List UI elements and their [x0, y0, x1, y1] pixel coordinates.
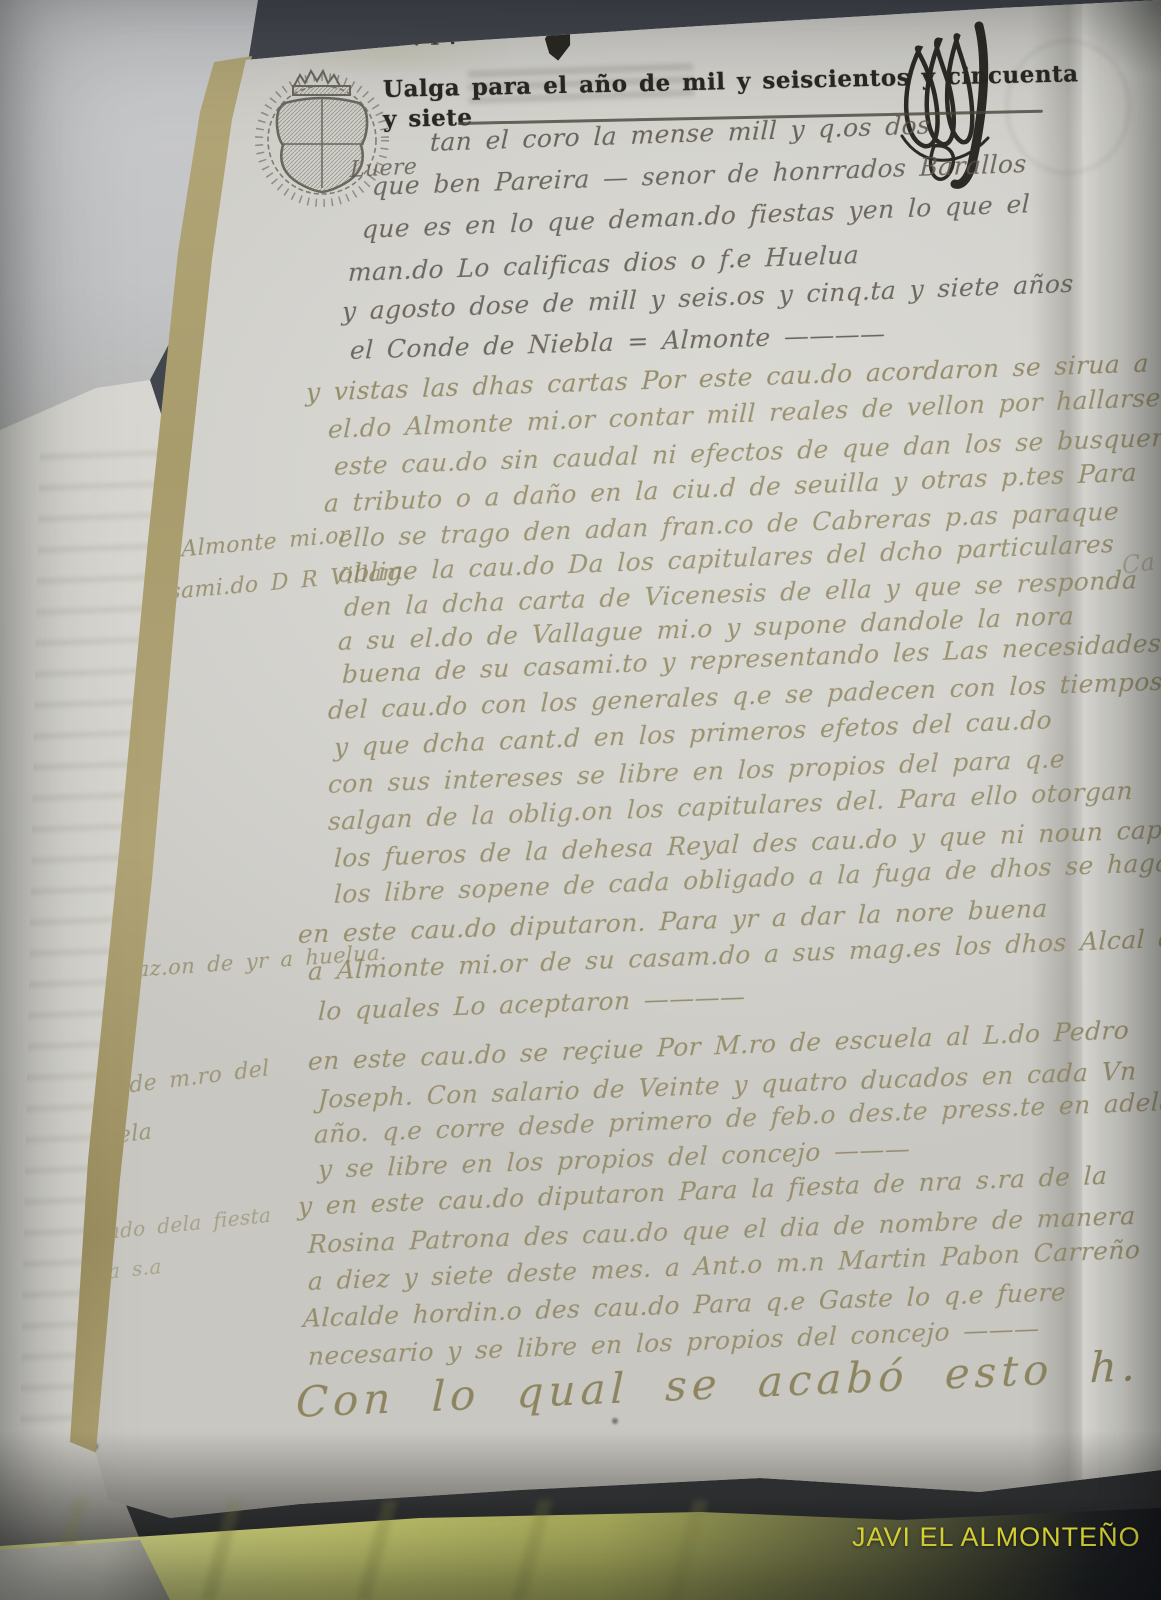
facing-page-text-fragment: Ca	[1121, 547, 1156, 580]
handwritten-line: lo quales Lo aceptaron ————	[317, 982, 745, 1026]
handwritten-line: el Conde de Niebla = Almonte ————	[349, 319, 886, 365]
paper-speck	[612, 1418, 618, 1424]
photograph-of-manuscript: Sº. 4º. Ualga para el año de mil y seisc…	[0, 0, 1161, 1600]
cover-corner	[0, 1540, 170, 1600]
photographer-watermark: JAVI EL ALMONTEÑO	[852, 1522, 1157, 1553]
catchword: Luere	[350, 154, 418, 183]
seal-class-label: Sº. 4º.	[390, 27, 457, 51]
